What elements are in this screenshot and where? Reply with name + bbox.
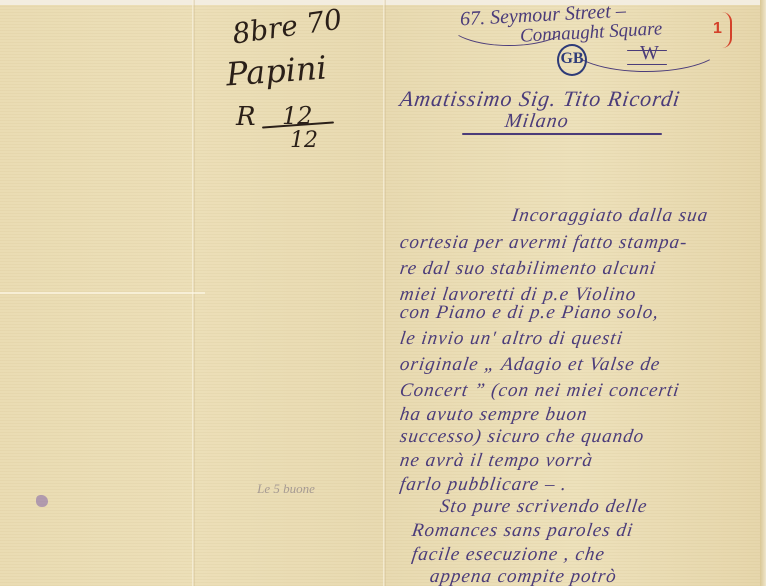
page-number-bracket: [720, 12, 732, 48]
address-flourish-right: [570, 20, 722, 72]
body-line: originale „ Adagio et Valse de: [398, 354, 661, 376]
salutation-recipient: Amatissimo Sig. Tito Ricordi: [398, 86, 682, 112]
body-line: Romances sans paroles di: [410, 520, 634, 542]
body-line: ha avuto sempre buon: [398, 404, 589, 426]
fold-line-center: [383, 0, 386, 586]
body-line: Incoraggiato dalla sua: [510, 205, 709, 227]
letter-scan: 8bre 70 Papini R 12 12 Le 5 buone 67. Se…: [0, 0, 766, 586]
salutation-city: Milano: [503, 110, 570, 133]
body-line: facile esecuzione , che: [410, 544, 606, 566]
body-line: le invio un' altro di questi: [398, 328, 624, 350]
salutation-underline: [462, 133, 662, 135]
body-line: re dal suo stabilimento alcuni: [398, 258, 657, 280]
ink-stain: [36, 495, 48, 507]
body-line: ne avrà il tempo vorrà: [398, 450, 594, 472]
docket-name: Papini: [225, 49, 328, 94]
body-line: appena compite potrò: [428, 566, 618, 586]
paper-right-edge: [760, 0, 766, 586]
fold-line-horizontal: [0, 292, 205, 294]
docket-ref-prefix: R: [236, 102, 256, 132]
docket-ref-denominator: 12: [290, 128, 318, 153]
body-line: farlo pubblicare – .: [398, 474, 568, 496]
body-line: cortesia per avermi fatto stampa-: [398, 232, 688, 254]
docket-date: 8bre 70: [230, 2, 344, 50]
margin-note-line: Le 5 buone: [257, 481, 315, 497]
address-flourish-left: [448, 0, 570, 46]
pencil-margin-note: Le 5 buone: [220, 460, 340, 540]
body-line: successo) sicuro che quando: [398, 426, 645, 448]
monogram-emblem: GB: [557, 44, 587, 76]
body-line: Concert ” (con nei miei concerti: [398, 380, 681, 402]
body-line: Sto pure scrivendo delle: [438, 496, 649, 518]
body-line: con Piano e di p.e Piano solo,: [398, 302, 660, 324]
